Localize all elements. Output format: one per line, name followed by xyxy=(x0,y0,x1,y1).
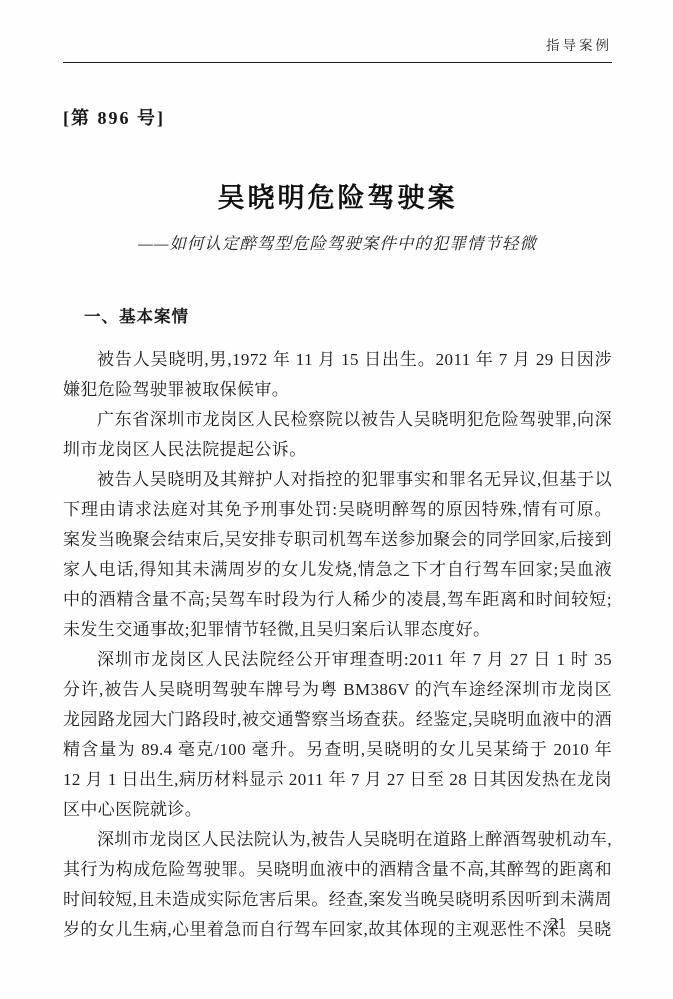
running-head: 指导案例 xyxy=(546,38,612,53)
case-title: 吴晓明危险驾驶案 xyxy=(63,176,612,215)
paragraph-court-findings: 深圳市龙岗区人民法院经公开审理查明:2011 年 7 月 27 日 1 时 35… xyxy=(63,645,612,825)
page-number: 21 xyxy=(550,914,567,934)
body-text: 被告人吴晓明,男,1972 年 11 月 15 日出生。2011 年 7 月 2… xyxy=(63,345,612,945)
document-page: 指导案例 [第 896 号] 吴晓明危险驾驶案 ——如何认定醉驾型危险驾驶案件中… xyxy=(0,0,673,999)
case-number: [第 896 号] xyxy=(63,104,612,130)
section-heading: 一、基本案情 xyxy=(63,303,612,327)
case-subtitle: ——如何认定醉驾型危险驾驶案件中的犯罪情节轻微 xyxy=(63,230,612,254)
paragraph-defendant-info: 被告人吴晓明,男,1972 年 11 月 15 日出生。2011 年 7 月 2… xyxy=(63,345,612,405)
header-rule xyxy=(63,62,612,63)
paragraph-defense-argument: 被告人吴晓明及其辩护人对指控的犯罪事实和罪名无异议,但基于以下理由请求法庭对其免… xyxy=(63,465,612,645)
page-content: 指导案例 [第 896 号] 吴晓明危险驾驶案 ——如何认定醉驾型危险驾驶案件中… xyxy=(0,0,673,945)
paragraph-court-opinion: 深圳市龙岗区人民法院认为,被告人吴晓明在道路上醉酒驾驶机动车,其行为构成危险驾驶… xyxy=(63,825,612,945)
paragraph-prosecution: 广东省深圳市龙岗区人民检察院以被告人吴晓明犯危险驾驶罪,向深圳市龙岗区人民法院提… xyxy=(63,405,612,465)
page-header: 指导案例 xyxy=(63,34,612,55)
